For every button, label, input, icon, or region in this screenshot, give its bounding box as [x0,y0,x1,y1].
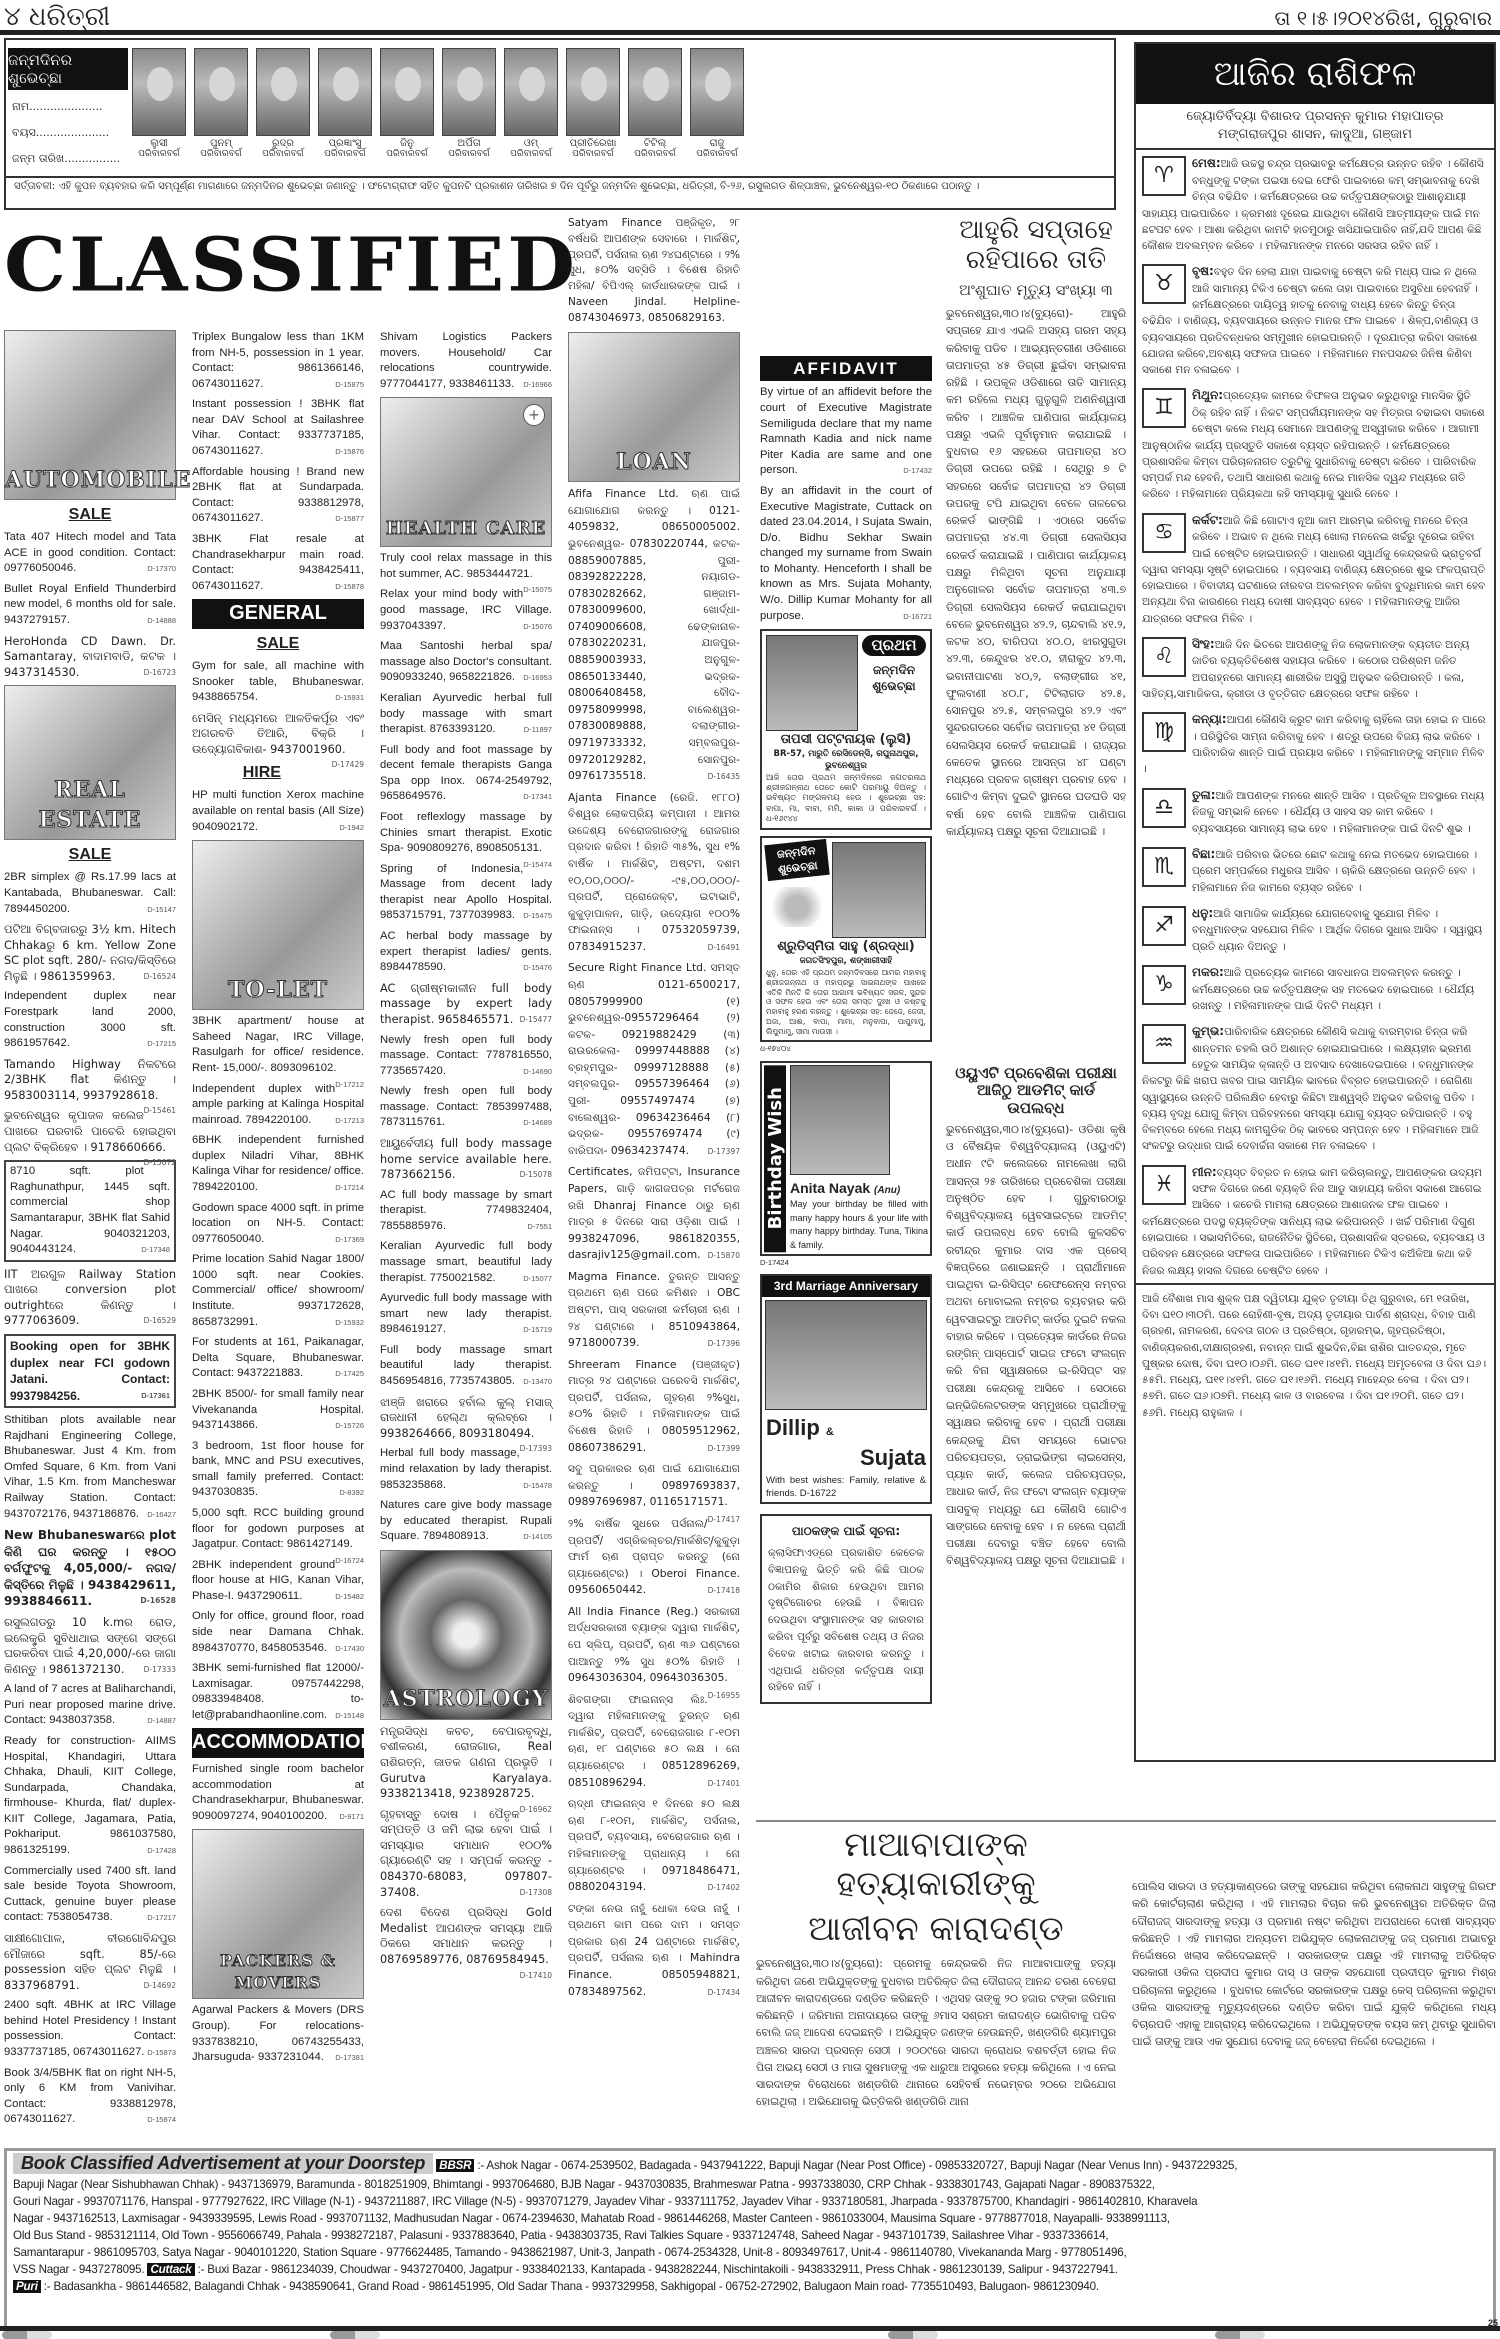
ad-item: ଋଦ୍ଧୀ ଫାଇନାନ୍ସ ୧ ଦିନରେ ୫୦ ଲକ୍ଷ ଋଣ ୮-୧୦ମ,… [568,1796,740,1895]
ad-item: Bullet Royal Enfield Thunderbird new mod… [4,582,176,629]
ad-item: 2400 sqft. 4BHK at IRC Village behind Ho… [4,1998,176,2060]
heat-news-story: ଆହୁରି ସପ୍ତାହେ ରହିପାରେ ତାତି ଅଂଶୁଘାତ ମୃତ୍ୟ… [946,216,1126,840]
ad-item: IIT ଅରଗୁଳ Railway Station ପାଖରେ conversi… [4,1267,176,1329]
auto-sale-heading: SALE [4,504,176,526]
ad-item: ସବୁ ପ୍ରକାରର ଋଣ ପାଇଁ ଯୋଗାଯୋଗ କରନ୍ତୁ । 098… [568,1461,740,1511]
column-general-tolet: Triplex Bungalow less than 1KM from NH-5… [192,330,364,2071]
birthday-coupon: ଜନ୍ମଦିନର ଶୁଭେଚ୍ଛା ନାମ...................… [4,38,1116,210]
anniversary-card: 3rd Marriage Anniversary Dillip & Sujata… [760,1274,932,1503]
taurus-icon: ♉ [1142,264,1186,304]
ad-item: Book 3/4/5BHK flat on right NH-5, only 6… [4,2066,176,2128]
virgo-icon: ♍ [1142,712,1186,752]
ad-item: Sthitiban plots available near Rajdhani … [4,1413,176,1522]
coupon-terms: ସର୍ତ୍ତାବଳୀ: ଏହି କୁପନ ବ୍ୟବହାର କରି ସମ୍ପୂର୍… [6,176,1114,195]
birthday-photo: ଜିନୁପରିବାରବର୍ଗ [380,48,434,159]
ad-item-boxed: 8710 sqft. plot Raghunathpur, 1445 sqft.… [4,1160,176,1261]
aries-icon: ♈ [1142,156,1186,196]
ad-item: Gym for sale, all machine with Snooker t… [192,659,364,706]
accommodation-heading: ACCOMMODATION [192,1728,364,1758]
sign-dhanu: ♐ଧନୁ:ଆଜି ସାମାଜିକ କାର୍ଯ୍ୟରେ ଯୋଗଦେବାକୁ ସୁଯ… [1136,900,1494,959]
birthday-photos: ଲୁସୀପରିବାରବର୍ଗ ପୁନମ୍ପରିବାରବର୍ଗ ରୁଦ୍ରପରିବ… [132,48,744,159]
person-photo [790,1065,890,1175]
adult-photo [690,48,744,136]
child-photo [566,48,620,136]
plus-icon: + [523,404,545,426]
balloons-icon [766,887,828,927]
horoscope-title: ଆଜିର ରାଶିଫଳ [1136,44,1494,104]
ad-item: ଆୟୁର୍ବେଦୀୟ full body massage home servic… [380,1136,552,1183]
ad-item: Full body massage smart beautiful lady t… [380,1343,552,1390]
column-loan: Satyam Finance ପଞ୍ଜିକୃତ, ୨୮ ବର୍ଷଧରି ଆପଣଙ… [568,216,740,2005]
ad-item: HP multi function Xerox machine availabl… [192,788,364,835]
greeting-name: ତାପସୀ ପଟ୍ଟନାୟକ (ଲୁସି) [766,731,926,749]
sagittarius-icon: ♐ [1142,906,1186,946]
birthday-photo: ଅର୍ପିତାପରିବାରବର୍ଗ [442,48,496,159]
ad-item: ରସୁଲଗଡରୁ 10 k.mର ରୋଡ, ଇଲେକ୍ଟ୍ରି ସୁବିଧାଥା… [4,1615,176,1677]
birthday-coupon-title: ଜନ୍ମଦିନର ଶୁଭେଚ୍ଛା [8,48,128,90]
birthday-photo: ରାଜୁପରିବାରବର୍ଗ [690,48,744,159]
general-sale-heading: SALE [192,633,364,655]
murder-news-story: ମାଆବାପାଙ୍କ ହତ୍ୟାକାରୀଙ୍କୁ ଆଜୀବନ କାରାଦଣ୍ଡ … [756,1820,1496,2111]
cancer-icon: ♋ [1142,513,1186,553]
ad-item: Maa Santoshi herbal spa/ massage also Do… [380,639,552,686]
astrology-image: ASTROLOGY [380,1550,552,1720]
ad-item-boxed: Booking open for 3BHK duplex near FCI go… [4,1334,176,1408]
issue-date: ତା ୧।୫।୨୦୧୪ରିଖ, ଗୁରୁବାର [1274,6,1492,30]
ad-item: Ayurvedic full body massage with smart n… [380,1291,552,1338]
baby-photo [766,635,858,731]
child-photo [442,48,496,136]
ad-item: Truly cool relax massage in this hot sum… [380,551,552,582]
ad-item: AC full body massage by smart therapist.… [380,1188,552,1235]
couple-photo [765,1300,927,1410]
ad-item: ମନ୍ତ୍ରସିଦ୍ଧ କବଚ, ବେପାରବୃଦ୍ଧି, ବଶୀକରଣ, ରୋ… [380,1724,552,1802]
ad-item: 5,000 sqft. RCC building ground floor fo… [192,1506,364,1553]
ad-item: Independent duplex near Forestpark land … [4,989,176,1051]
real-estate-image: REAL ESTATE [4,685,176,840]
general-heading: GENERAL [192,599,364,629]
ad-item: Agarwal Packers & Movers (DRS Group). Fo… [192,2003,364,2065]
first-birthday-greeting: ପ୍ରଥମ ଜନ୍ମଦିନ ଶୁଭେଚ୍ଛା ତାପସୀ ପଟ୍ଟନାୟକ (ଲ… [760,629,932,830]
birthday-photo: ପ୍ରଜ୍ଞାଂସୁପରିବାରବର୍ଗ [318,48,372,159]
coupon-name-field[interactable]: ନାମ..................... [12,100,103,114]
murder-headline-1: ମାଆବାପାଙ୍କ ହତ୍ୟାକାରୀଙ୍କୁ [756,1826,1116,1904]
ad-item: Full body and foot massage by decent fem… [380,743,552,805]
murder-body-left: ଭୁବନେଶ୍ୱର,୩୦।୪(ବ୍ୟୁରୋ): ପ୍ରେମକୁ କେନ୍ଦ୍ରକ… [756,1955,1116,2110]
child-photo [380,48,434,136]
birthday-photo: ରୁଦ୍ରପରିବାରବର୍ଗ [256,48,310,159]
ouat-news-story: ଓୟୁଏଟି ପ୍ରବେଶିକା ପରୀକ୍ଷା ଆଜିଠୁ ଆଡମିଟ୍ କା… [946,1065,1126,1570]
ad-item: 3BHK apartment/ house at Saheed Nagar, I… [192,1014,364,1076]
child-photo [194,48,248,136]
ad-item: 2BR simplex @ Rs.17.99 lacs at Kantabada… [4,870,176,917]
ouat-body: ଭୁବନେଶ୍ୱର,୩୦।୪(ବ୍ୟୁରୋ)- ଓଡିଶା କୃଷି ଓ ବୈଷ… [946,1121,1126,1570]
registration-mark [888,2331,938,2339]
ad-item: A land of 7 acres at Baliharchandi, Puri… [4,1682,176,1729]
ad-item: Keralian Ayurvedic herbal full body mass… [380,691,552,738]
booking-centres-box: Book Classified Advertisement at your Do… [4,2148,1496,2330]
puri-tag: Puri [13,2280,41,2293]
ad-item: Furnished single room bachelor accommoda… [192,1762,364,1824]
affidavit-item: By an affidavit in the court of Executiv… [760,484,932,624]
coupon-age-field[interactable]: ବୟସ..................... [12,126,109,140]
top-rule [0,30,1500,35]
ad-item: 3BHK Flat resale at Chandrasekharpur mai… [192,532,364,594]
astrologer-name: ଜ୍ୟୋତିର୍ବିଦ୍ୟା ବିଶାରଦ ପ୍ରସନ୍ନ କୁମାର ମହାପ… [1140,108,1490,126]
ad-item: Secure Right Finance Ltd. ସମସ୍ତ ଋଣ 0121-… [568,960,740,1159]
first-badge: ପ୍ରଥମ [862,635,926,656]
child-photo [132,48,186,136]
sign-mithuna: ♊ମିଥୁନ:ପ୍ରତ୍ୟେକ କାମରେ ବିଫଳତା ଅନୁଭବ କରୁଥି… [1136,382,1494,506]
ad-item: All India Finance (Reg.) ସରକାରୀ ଅର୍ଦ୍ଧସର… [568,1604,740,1687]
panjika-almanac: ଆଜି ବୈଶାଖ ମାସ ଶୁକ୍ଳ ପକ୍ଷ ଦ୍ୱିତୀୟା ଯୁକ୍ତ … [1136,1283,1494,1427]
scorpio-icon: ♏ [1142,847,1186,887]
ad-item: Natures care give body massage by educat… [380,1498,552,1545]
child-photo [628,48,682,136]
birthday-wish-card: Birthday Wish Anita Nayak (Anu) May your… [760,1061,932,1256]
to-let-image: TO-LET [192,840,364,1010]
ad-item: ମେସିନ୍ ମଧ୍ୟମରେ ଆଳତିକର୍ପୂର ଏବଂ ଅଗରବତି ତିଆ… [192,711,364,758]
gemini-icon: ♊ [1142,388,1186,428]
ad-item: Only for office, ground floor, road side… [192,1609,364,1656]
ad-item: 3 bedroom, 1st floor house for bank, MNC… [192,1439,364,1501]
health-care-image: + HEALTH CARE [380,397,552,547]
ad-item: 2BHK 8500/- for small family near Viveka… [192,1387,364,1434]
ad-item: Tata 407 Hitech model and Tata ACE in go… [4,530,176,577]
ad-item: ଶିବଗଙ୍ଗା ଫାଇନାନ୍ସ ଲିଃ. ଦ୍ୱାରା ମହିଳାମାନଙ୍… [568,1692,740,1791]
birthday-greeting-2: ଜନ୍ମଦିନ ଶୁଭେଚ୍ଛା ଶ୍ରୁତିସ୍ମିତା ସାହୁ (ଶ୍ରଦ… [760,836,932,1042]
sign-simha: ♌ସିଂହ:ଆଜି ଦିନ ଭିତରେ ଆପଣଙ୍କୁ ନିଜ ଲୋକମାନଙ୍… [1136,631,1494,706]
page-number: 25 [1488,2318,1498,2328]
spacer [760,216,932,352]
registration-mark [2,2331,52,2339]
classified-banner: CLASSIFIED [4,220,544,316]
ad-item: ପଟିଆ ବିଗ୍‌ବଜାରରୁ 3½ km. Hitech Chhakaରୁ … [4,922,176,984]
ad-item: ଟଙ୍କା ନେଉ ନାହୁଁ ଧୋକା ଦେଉ ନାହୁଁ । ପ୍ରଥମେ … [568,1901,740,2000]
ouat-headline: ଓୟୁଏଟି ପ୍ରବେଶିକା ପରୀକ୍ଷା ଆଜିଠୁ ଆଡମିଟ୍ କା… [946,1065,1126,1117]
affidavit-item: By virtue of an affidevit before the cou… [760,385,932,478]
astrologer-location: ମଙ୍ଗରାଜପୁର ଶାସନ, କାଦୁଆ, ଗଞ୍ଜାମ [1140,126,1490,144]
birthday-photo: ଓମ୍ପରିବାରବର୍ଗ [504,48,558,159]
ad-item: AC herbal body massage by expert therapi… [380,929,552,976]
column-affidavit-greetings: AFFIDAVIT By virtue of an affidevit befo… [760,216,932,1704]
column-automobile-realestate: AUTOMOBILE SALE Tata 407 Hitech model an… [4,330,176,2133]
re-sale-heading: SALE [4,844,176,866]
greeting-name: ଶ୍ରୁତିସ୍ମିତା ସାହୁ (ଶ୍ରଦ୍ଧା) [766,938,926,956]
ad-item: ଗୃହବାସ୍ତୁ ଦୋଷ । ପୈତୃକ ସମ୍ପତ୍ତି ଓ ଜମି ଲାଭ… [380,1807,552,1900]
cuttack-tag: Cuttack [147,2263,194,2276]
ad-item: Shreeram Finance (ପଞ୍ଜୀକୃତ) ମାତ୍ର ୨୪ ଘଣ୍… [568,1357,740,1456]
coupon-dob-field[interactable]: ଜନ୍ମ ତାରିଖ................ [12,152,120,166]
ad-item: 3BHK semi-furnished flat 12000/- Laxmisa… [192,1661,364,1723]
pisces-icon: ♓ [1142,1165,1186,1205]
ad-item: For students at 161, Paikanagar, Delta S… [192,1335,364,1382]
ad-item: ଝାଞ୍ଜି ଖରାରେ ହର୍ବାଲ କୁଲ୍ ମସାଜ୍ ରାଜଧାନୀ ହ… [380,1395,552,1442]
sign-meena: ♓ମୀନ:ବ୍ୟସ୍ତ ବିବ୍ରତ ନ ହୋଇ କାମ କରିଚାଲନ୍ତୁ,… [1136,1159,1494,1283]
heat-headline: ଆହୁରି ସପ୍ତାହେ ରହିପାରେ ତାତି [946,216,1126,276]
ad-item: Shivam Logistics Packers movers. Househo… [380,330,552,392]
child-photo [318,48,372,136]
birthday-photo: ପ୍ରୀତିରେଖାପରିବାରବର୍ଗ [566,48,620,159]
ad-item: Godown space 4000 sqft. in prime locatio… [192,1201,364,1248]
footer-heading: Book Classified Advertisement at your Do… [13,2153,433,2174]
ad-item: Tamando Highway ନିକଟରେ 2/3BHK flat କିଣନ୍… [4,1057,176,1104]
ad-item: 6BHK independent furnished duplex Niladr… [192,1133,364,1195]
ad-item: Triplex Bungalow less than 1KM from NH-5… [192,330,364,392]
ad-item: Ready for construction- AIIMS Hospital, … [4,1734,176,1859]
ad-item: Afifa Finance Ltd. ଋଣ ପାଇଁ ଯୋଗାଯୋଗ କରନ୍ତ… [568,486,740,784]
bbsr-tag: BBSR [436,2159,474,2172]
child-photo [256,48,310,136]
ad-item: ୨% ବାର୍ଷିକ ସୁଧରେ ପର୍ସନାଲ/ପ୍ରପର୍ଟି/ ଏଗ୍ରି… [568,1516,740,1599]
reader-notice: ପାଠକଙ୍କ ପାଇଁ ସୂଚନା: କ୍ଲାସିଫାଏଡ୍‌ରେ ପ୍ରକା… [760,1514,932,1704]
ad-item: New Bhubaneswarରେ plot କିଣି ଘର କରନ୍ତୁ । … [4,1527,176,1610]
sign-makara: ♑ମକର:ଆଜି ପ୍ରତ୍ୟେକ କାମରେ ସାବଧାନତା ଅବଲମ୍ବନ… [1136,959,1494,1018]
classified-logo-text: CLASSIFIED [4,222,544,308]
sign-bichha: ♏ବିଛା:ଆଜି ପରିବାର ଭିତରେ ଛୋଟ କଥାକୁ ନେଇ ମତଭ… [1136,841,1494,900]
sign-mesha: ♈ମେଷ:ଆଜି ଉଚ୍ଚସ୍ଥ ଚନ୍ଦ୍ର ପ୍ରଭାବରୁ କର୍ମକ୍ଷ… [1136,150,1494,258]
sign-vrusha: ♉ବୃଷ:ବହୁତ ଦିନ ହେଲା ଯାହା ପାଇବାକୁ ଚେଷ୍ଟା କ… [1136,258,1494,382]
horoscope-panel: ଆଜିର ରାଶିଫଳ ଜ୍ୟୋତିର୍ବିଦ୍ୟା ବିଶାରଦ ପ୍ରସନ୍… [1134,42,1496,1762]
registration-mark [330,2331,380,2339]
affidavit-heading: AFFIDAVIT [760,356,932,381]
birthday-photo: ପୁନମ୍ପରିବାରବର୍ଗ [194,48,248,159]
registration-mark [1215,2331,1265,2339]
ad-item: Commercially used 7400 sft. land sale be… [4,1864,176,1926]
packers-movers-image: PACKERS & MOVERS [192,1829,364,1999]
birthday-photo: ଟିଟିଲ୍ପରିବାରବର୍ଗ [628,48,682,159]
heat-body: ଭୁବନେଶ୍ୱର,୩୦।୪(ବ୍ୟୁରୋ)- ଆହୁରି ସପ୍ତାହେ ଯା… [946,305,1126,840]
ad-item: Magma Finance. ତୁରନ୍ତ ଆସନ୍ତୁ ପ୍ରଥମେ ଋଣ ପ… [568,1269,740,1352]
bottom-rule [0,2326,1500,2331]
murder-body-right: ପୋଲିସ ସାରଦା ଓ ହତ୍ୟାକାଣ୍ଡରେ ତାଙ୍କୁ ସହଯୋଗ … [1132,1878,1496,2051]
ad-item: Satyam Finance ପଞ୍ଜିକୃତ, ୨୮ ବର୍ଷଧରି ଆପଣଙ… [568,216,740,326]
aquarius-icon: ♒ [1142,1024,1186,1064]
ad-item: AC ଗ୍ରୀଷ୍ମକାଳୀନ full body massage by exp… [380,981,552,1028]
child-photo [504,48,558,136]
page-label: ୪ ଧରିତ୍ରୀ [4,2,110,33]
sign-kumbha: ♒କୁମ୍ଭ:ପାରିବାରିକ କ୍ଷେତ୍ରରେ କୌଣସି କଥାକୁ ବ… [1136,1018,1494,1158]
ad-item: ଦେଶ ବିଦେଶ ପ୍ରସିଦ୍ଧ Gold Medalist ଆପଣଙ୍କ … [380,1905,552,1967]
ad-item: Certificates, ଜମିପଟ୍ଟା, Insurance Papers… [568,1164,740,1263]
birthday-photo: ଲୁସୀପରିବାରବର୍ଗ [132,48,186,159]
ad-item: Keralian Ayurvedic full body massage sma… [380,1239,552,1286]
ad-item: ସାକ୍ଷୀଗୋପାଳ, ବୀରଗୋବିନ୍ଦପୁର ମୌଜାରେ sqft. … [4,1931,176,1993]
automobile-image: AUTOMOBILE [4,330,176,500]
sign-karkata: ♋କର୍କଟ:ଆଜି କିଛି ଗୋଟାଏ ନୂଆ କାମ ଆରମ୍ଭ କରିବ… [1136,507,1494,631]
ad-item: Newly fresh open full body massage. Cont… [380,1033,552,1080]
birthday-wish-vertical-title: Birthday Wish [764,1065,786,1252]
ad-item: Prime location Sahid Nagar 1800/ 1000 sq… [192,1252,364,1330]
ad-item: Ajanta Finance (ରେଜି. ୧୮୮୦) ବିଶ୍ୱର ଲୋକପ୍… [568,790,740,956]
libra-icon: ♎ [1142,788,1186,828]
leo-icon: ♌ [1142,637,1186,677]
sign-kanya: ♍କନ୍ୟା:ଆପଣ କୌଣସି କ୍ରୁଟ କାମ କରିବାକୁ ଚାହିଁ… [1136,706,1494,781]
ad-item: HeroHonda CD Dawn. Dr. Samantaray, ବାଦାମ… [4,634,176,681]
ad-item: Affordable housing ! Brand new 2BHK flat… [192,465,364,527]
heat-subhead: ଅଂଶୁଘାତ ମୃତ୍ୟୁ ସଂଖ୍ୟା ୩ [946,282,1126,299]
baby-photo [832,842,926,938]
ad-item: Foot reflexlogy massage by Chinies smart… [380,810,552,857]
column-health-astrology: Shivam Logistics Packers movers. Househo… [380,330,552,1981]
loan-image: LOAN [568,332,740,482]
capricorn-icon: ♑ [1142,965,1186,1005]
horoscope-byline: ଜ୍ୟୋତିର୍ବିଦ୍ୟା ବିଶାରଦ ପ୍ରସନ୍ନ କୁମାର ମହାପ… [1136,104,1494,150]
murder-headline-2: ଆଜୀବନ କାରାଦଣ୍ଡ [756,1910,1116,1949]
ad-item: Newly fresh open full body massage. Cont… [380,1084,552,1131]
sign-tula: ♎ତୁଳା:ଆଜି ଆପଣଙ୍କ ମନରେ ଶାନ୍ତି ଆସିବ । ପ୍ରତ… [1136,782,1494,841]
ad-item: Instant possession ! 3BHK flat near DAV … [192,397,364,459]
ad-item: Spring of Indonesia, Massage from decent… [380,862,552,924]
